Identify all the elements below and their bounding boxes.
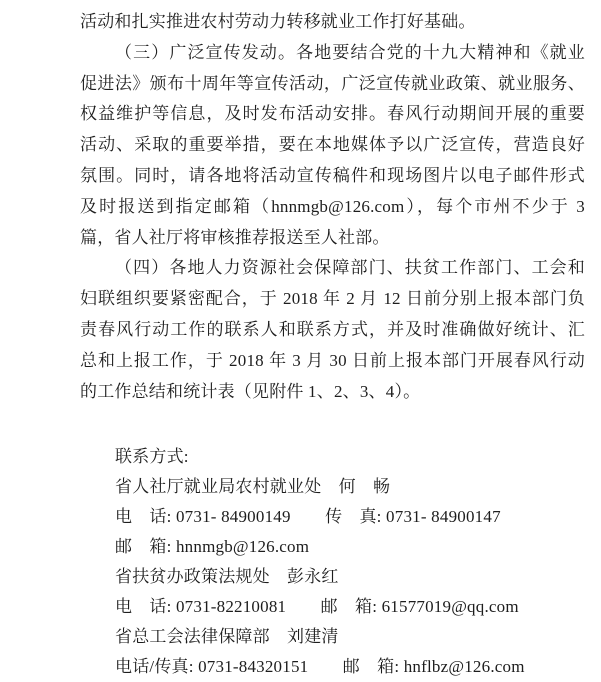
body-line: 活动和扎实推进农村劳动力转移就业工作打好基础。 <box>80 7 585 38</box>
contact-line: 省人社厅就业局农村就业处 何 畅 <box>80 472 585 502</box>
body-line: （四）各地人力资源社会保障部门、扶贫工作部门、工会和 <box>80 253 585 284</box>
body-line: 篇，省人社厅将审核推荐报送至人社部。 <box>80 223 585 254</box>
contact-line: 邮 箱: hnnmgb@126.com <box>80 532 585 562</box>
contact-line: 省总工会法律保障部 刘建清 <box>80 622 585 652</box>
body-line: 的工作总结和统计表（见附件 1、2、3、4）。 <box>80 377 585 408</box>
contact-lines: 省人社厅就业局农村就业处 何 畅电 话: 0731- 84900149 传 真:… <box>80 472 585 682</box>
contact-line: 省扶贫办政策法规处 彭永红 <box>80 562 585 592</box>
contact-section: 联系方式: 省人社厅就业局农村就业处 何 畅电 话: 0731- 8490014… <box>80 442 585 682</box>
body-line: 权益维护等信息，及时发布活动安排。春风行动期间开展的重要 <box>80 99 585 130</box>
document-body: 活动和扎实推进农村劳动力转移就业工作打好基础。（三）广泛宣传发动。各地要结合党的… <box>80 7 585 682</box>
body-line: 氛围。同时，请各地将活动宣传稿件和现场图片以电子邮件形式 <box>80 161 585 192</box>
contact-heading: 联系方式: <box>80 442 585 472</box>
body-line: 妇联组织要紧密配合，于 2018 年 2 月 12 日前分别上报本部门负 <box>80 284 585 315</box>
body-line: （三）广泛宣传发动。各地要结合党的十九大精神和《就业 <box>80 38 585 69</box>
contact-line: 电 话: 0731- 84900149 传 真: 0731- 84900147 <box>80 502 585 532</box>
body-line: 活动、采取的重要举措，要在本地媒体予以广泛宣传，营造良好 <box>80 130 585 161</box>
body-line: 促进法》颁布十周年等宣传活动，广泛宣传就业政策、就业服务、 <box>80 69 585 100</box>
page: 活动和扎实推进农村劳动力转移就业工作打好基础。（三）广泛宣传发动。各地要结合党的… <box>0 0 601 682</box>
body-line: 及时报送到指定邮箱（hnnmgb@126.com），每个市州不少于 3 <box>80 192 585 223</box>
document-page: { "page": { "background": "#ffffff", "te… <box>0 0 601 682</box>
body-line: 责春风行动工作的联系人和联系方式，并及时准确做好统计、汇 <box>80 315 585 346</box>
contact-line: 电 话: 0731-82210081 邮 箱: 61577019@qq.com <box>80 592 585 622</box>
body-paragraphs: 活动和扎实推进农村劳动力转移就业工作打好基础。（三）广泛宣传发动。各地要结合党的… <box>80 7 585 407</box>
body-line: 总和上报工作，于 2018 年 3 月 30 日前上报本部门开展春风行动 <box>80 346 585 377</box>
contact-line: 电话/传真: 0731-84320151 邮 箱: hnflbz@126.com <box>80 652 585 682</box>
